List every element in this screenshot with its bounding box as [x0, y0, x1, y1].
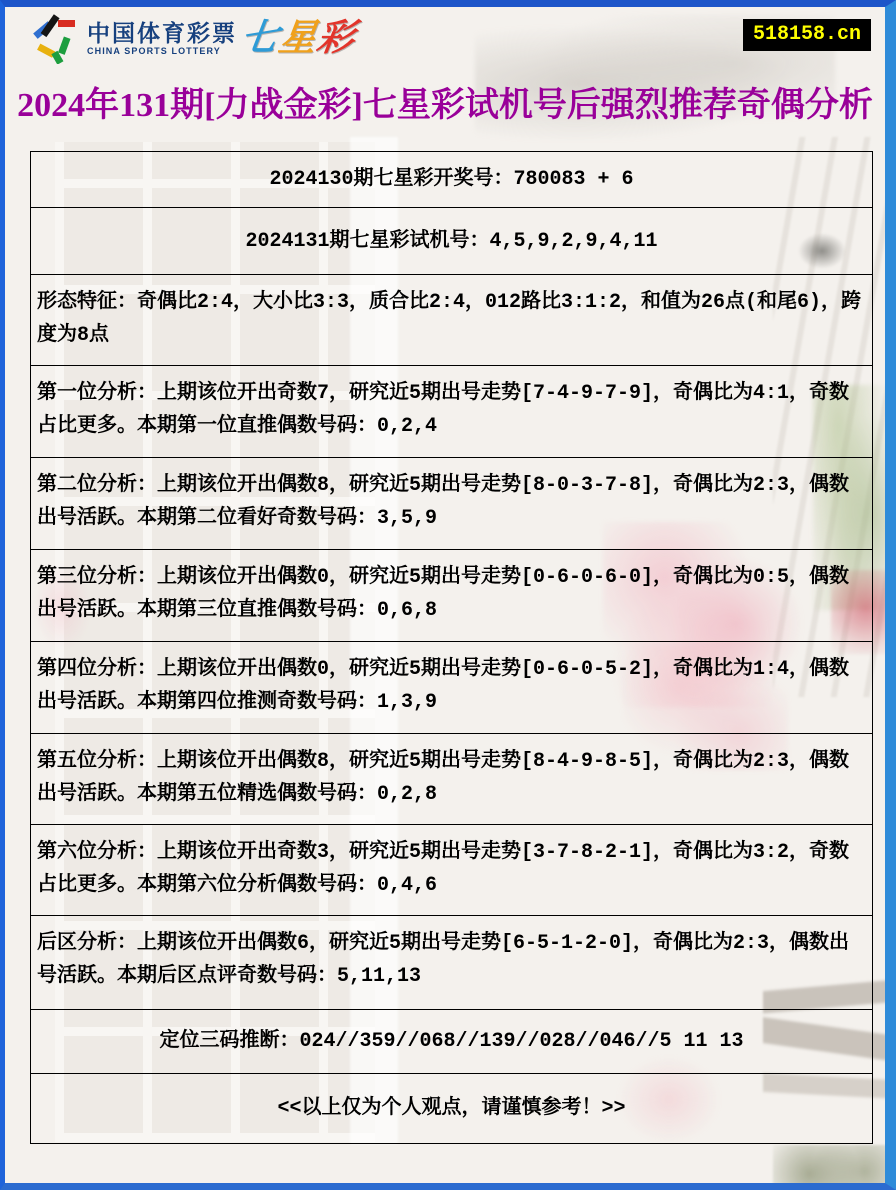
- position-6-analysis: 第六位分析：上期该位开出奇数3，研究近5期出号走势[3-7-8-2-1]，奇偶比…: [31, 825, 872, 916]
- brand-char: 七: [238, 17, 282, 58]
- disclaimer: <<以上仅为个人观点，请谨慎参考！>>: [31, 1074, 872, 1143]
- position-3-analysis: 第三位分析：上期该位开出偶数0，研究近5期出号走势[0-6-0-6-0]，奇偶比…: [31, 550, 872, 642]
- position-4-analysis: 第四位分析：上期该位开出偶数0，研究近5期出号走势[0-6-0-5-2]，奇偶比…: [31, 642, 872, 734]
- page: 中国体育彩票 CHINA SPORTS LOTTERY 七星彩 518158.c…: [0, 0, 896, 1190]
- analysis-table: 2024130期七星彩开奖号：780083 + 6 2024131期七星彩试机号…: [30, 151, 873, 1144]
- site-badge[interactable]: 518158.cn: [743, 19, 871, 51]
- lottery-logo-icon: [25, 12, 81, 64]
- olive-leaves-decoration: [773, 1145, 895, 1190]
- position-1-analysis: 第一位分析：上期该位开出奇数7，研究近5期出号走势[7-4-9-7-9]，奇偶比…: [31, 366, 872, 458]
- prev-draw-result: 2024130期七星彩开奖号：780083 + 6: [31, 152, 872, 208]
- brand-qixingcai: 七星彩: [238, 18, 358, 58]
- page-title: 2024年131期[力战金彩]七星彩试机号后强烈推荐奇偶分析: [11, 77, 879, 126]
- brand-char: 星: [276, 17, 320, 58]
- three-code-prediction: 定位三码推断：024//359//068//139//028//046//5 1…: [31, 1010, 872, 1074]
- header: 中国体育彩票 CHINA SPORTS LOTTERY 七星彩 518158.c…: [5, 7, 885, 69]
- pattern-features: 形态特征：奇偶比2:4，大小比3:3，质合比2:4，012路比3:1:2，和值为…: [31, 275, 872, 366]
- position-2-analysis: 第二位分析：上期该位开出偶数8，研究近5期出号走势[8-0-3-7-8]，奇偶比…: [31, 458, 872, 550]
- position-5-analysis: 第五位分析：上期该位开出偶数8，研究近5期出号走势[8-4-9-8-5]，奇偶比…: [31, 734, 872, 825]
- china-sports-lottery-logo: 中国体育彩票 CHINA SPORTS LOTTERY 七星彩: [25, 12, 355, 64]
- logo-cn-text: 中国体育彩票: [87, 20, 237, 46]
- test-machine-number: 2024131期七星彩试机号：4,5,9,2,9,4,11: [31, 208, 872, 275]
- logo-en-text: CHINA SPORTS LOTTERY: [87, 46, 237, 57]
- back-zone-analysis: 后区分析：上期该位开出偶数6，研究近5期出号走势[6-5-1-2-0]，奇偶比为…: [31, 916, 872, 1010]
- logo-text: 中国体育彩票 CHINA SPORTS LOTTERY: [87, 20, 237, 57]
- brand-char: 彩: [314, 17, 358, 58]
